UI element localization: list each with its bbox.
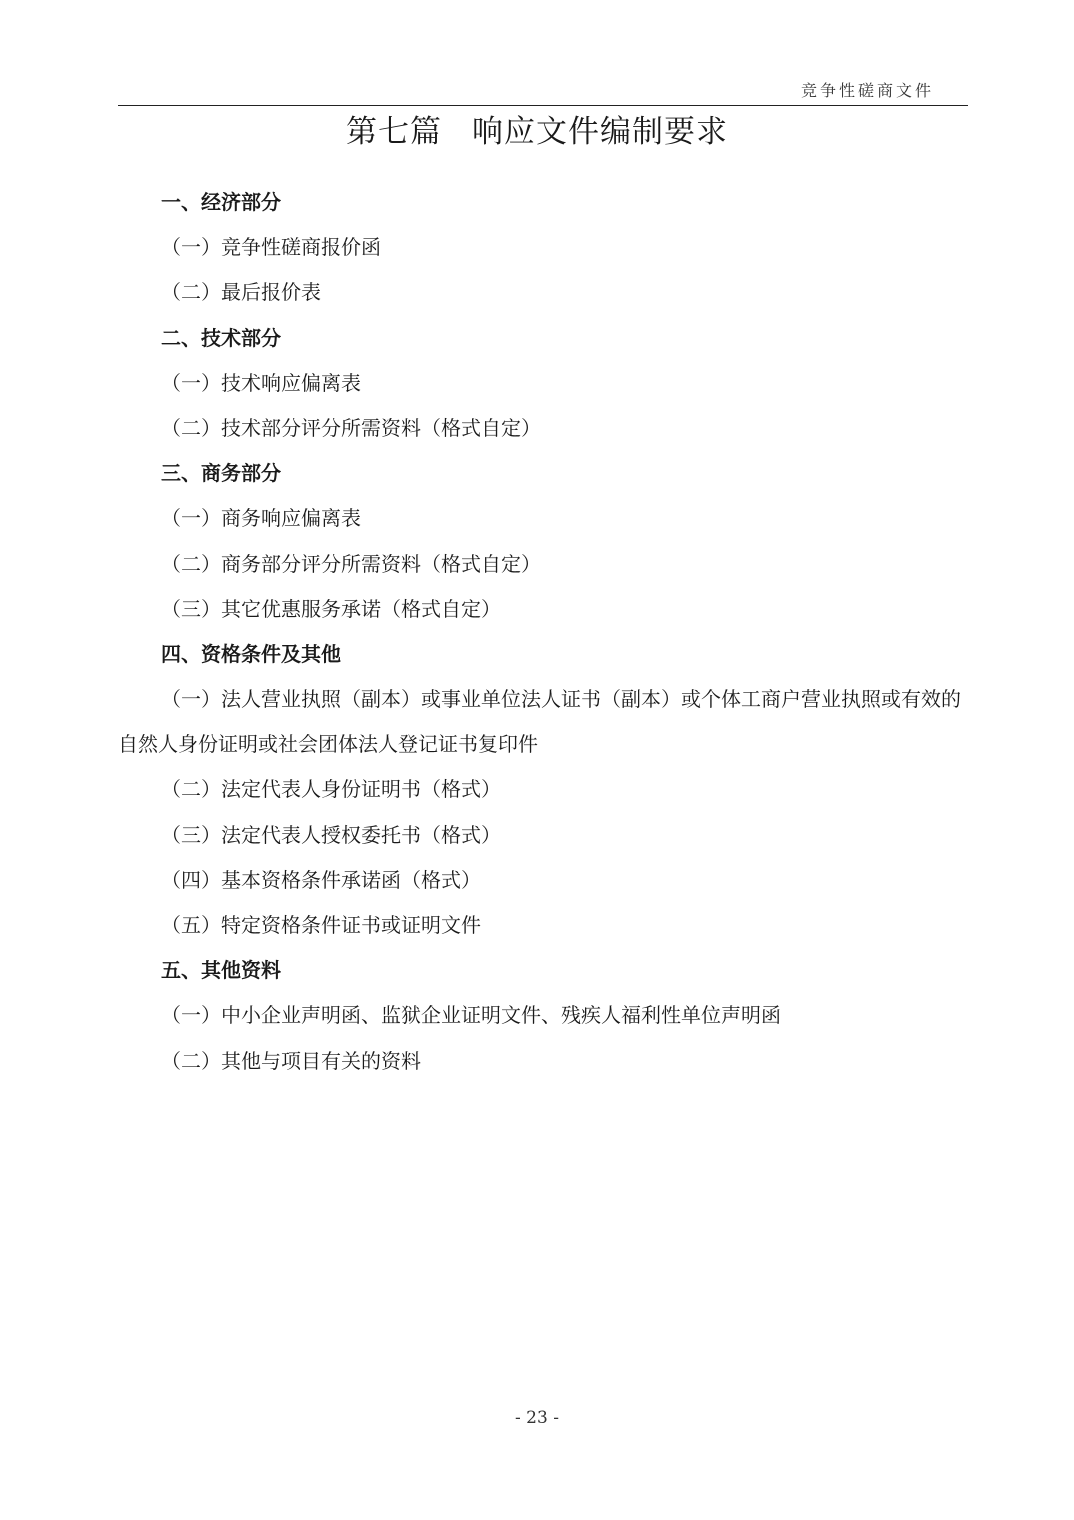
list-item: （三）其它优惠服务承诺（格式自定） (118, 587, 968, 632)
list-item: （二）商务部分评分所需资料（格式自定） (118, 542, 968, 587)
list-item: （二）法定代表人身份证明书（格式） (118, 767, 968, 812)
page-number: - 23 - (0, 1408, 1074, 1428)
document-body: 一、经济部分 （一）竞争性磋商报价函 （二）最后报价表 二、技术部分 （一）技术… (118, 180, 968, 1084)
list-item: （二）其他与项目有关的资料 (118, 1039, 968, 1084)
title-part: 第七篇 (346, 114, 442, 150)
list-item: （一）技术响应偏离表 (118, 361, 968, 406)
list-item: （五）特定资格条件证书或证明文件 (118, 903, 968, 948)
section-heading-business: 三、商务部分 (118, 451, 968, 496)
list-item: （二）最后报价表 (118, 270, 968, 315)
title-name: 响应文件编制要求 (472, 114, 728, 150)
list-item: （一）竞争性磋商报价函 (118, 225, 968, 270)
list-item: （二）技术部分评分所需资料（格式自定） (118, 406, 968, 451)
list-item: （三）法定代表人授权委托书（格式） (118, 813, 968, 858)
list-item: （一）法人营业执照（副本）或事业单位法人证书（副本）或个体工商户营业执照或有效的… (118, 677, 968, 767)
page-title: 第七篇响应文件编制要求 (0, 106, 1074, 151)
section-heading-economic: 一、经济部分 (118, 180, 968, 225)
section-heading-technical: 二、技术部分 (118, 316, 968, 361)
list-item: （一）商务响应偏离表 (118, 496, 968, 541)
running-header: 竞争性磋商文件 (801, 78, 934, 101)
list-item: （四）基本资格条件承诺函（格式） (118, 858, 968, 903)
list-item: （一）中小企业声明函、监狱企业证明文件、残疾人福利性单位声明函 (118, 993, 968, 1038)
section-heading-qualification: 四、资格条件及其他 (118, 632, 968, 677)
section-heading-other: 五、其他资料 (118, 948, 968, 993)
